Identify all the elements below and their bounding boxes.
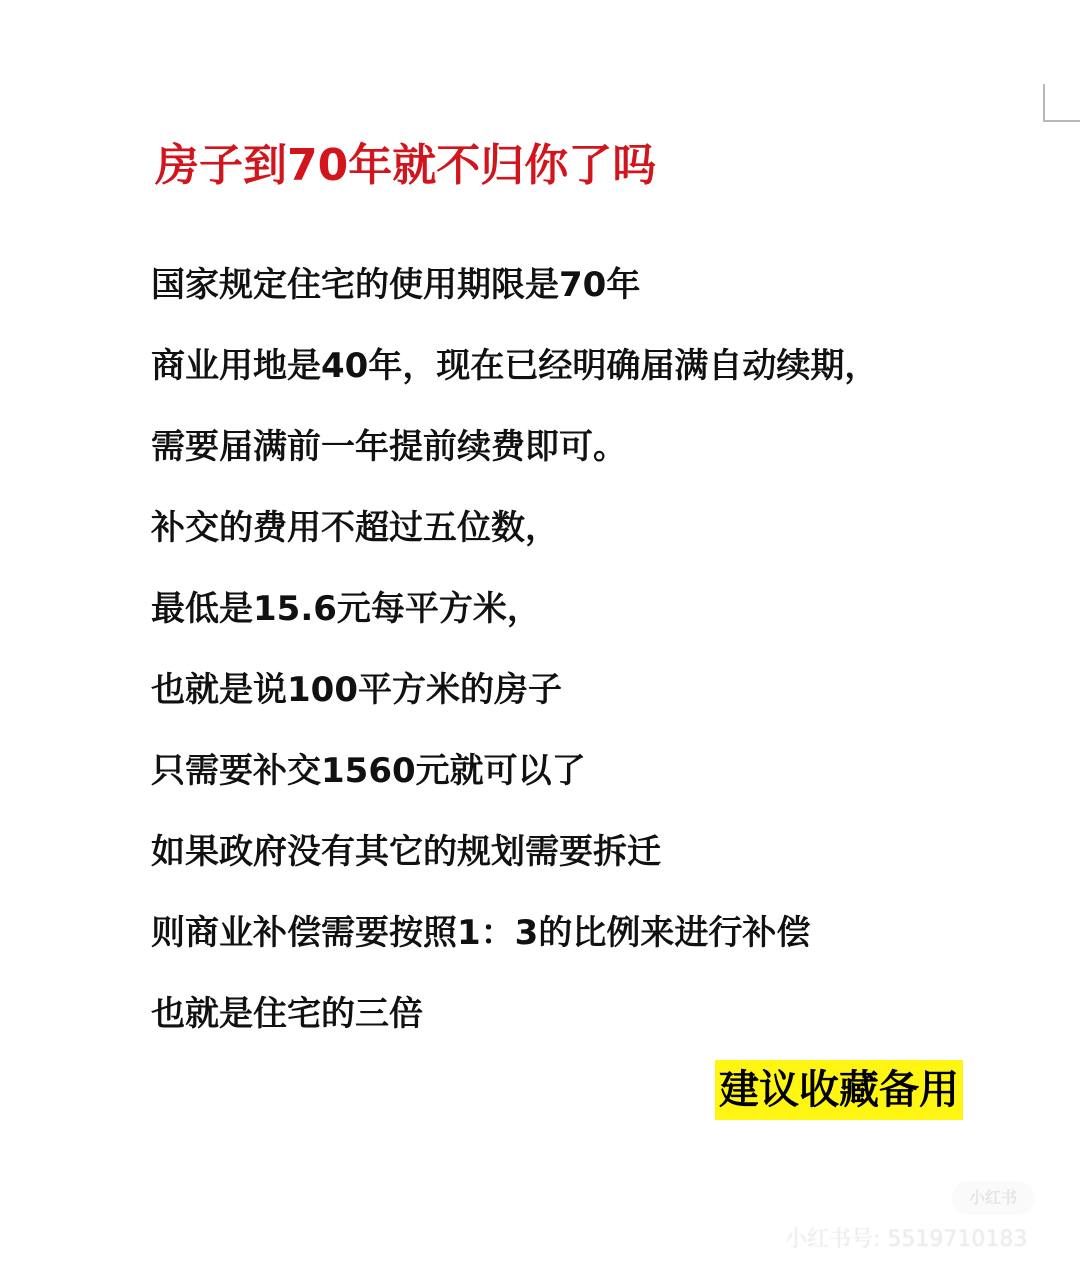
body-line: 也就是住宅的三倍 (151, 989, 423, 1039)
body-line: 补交的费用不超过五位数， (151, 503, 559, 553)
page-corner-mark (1043, 84, 1080, 122)
body-line: 则商业补偿需要按照1：3的比例来进行补偿 (151, 908, 810, 958)
bookmark-callout: 建议收藏备用 (715, 1060, 963, 1120)
body-line: 如果政府没有其它的规划需要拆迁 (151, 827, 661, 877)
body-line: 最低是15.6元每平方米， (151, 584, 541, 634)
watermark-logo: 小红书 (953, 1183, 1033, 1213)
body-line: 也就是说100平方米的房子 (151, 665, 562, 715)
body-line: 需要届满前一年提前续费即可。 (151, 422, 627, 472)
document-title: 房子到70年就不归你了吗 (155, 138, 656, 194)
body-line: 商业用地是40年，现在已经明确届满自动续期， (151, 341, 878, 391)
body-line: 国家规定住宅的使用期限是70年 (151, 260, 640, 310)
watermark-id: 小红书号: 5519710183 (785, 1222, 1027, 1253)
body-line: 只需要补交1560元就可以了 (151, 746, 586, 796)
